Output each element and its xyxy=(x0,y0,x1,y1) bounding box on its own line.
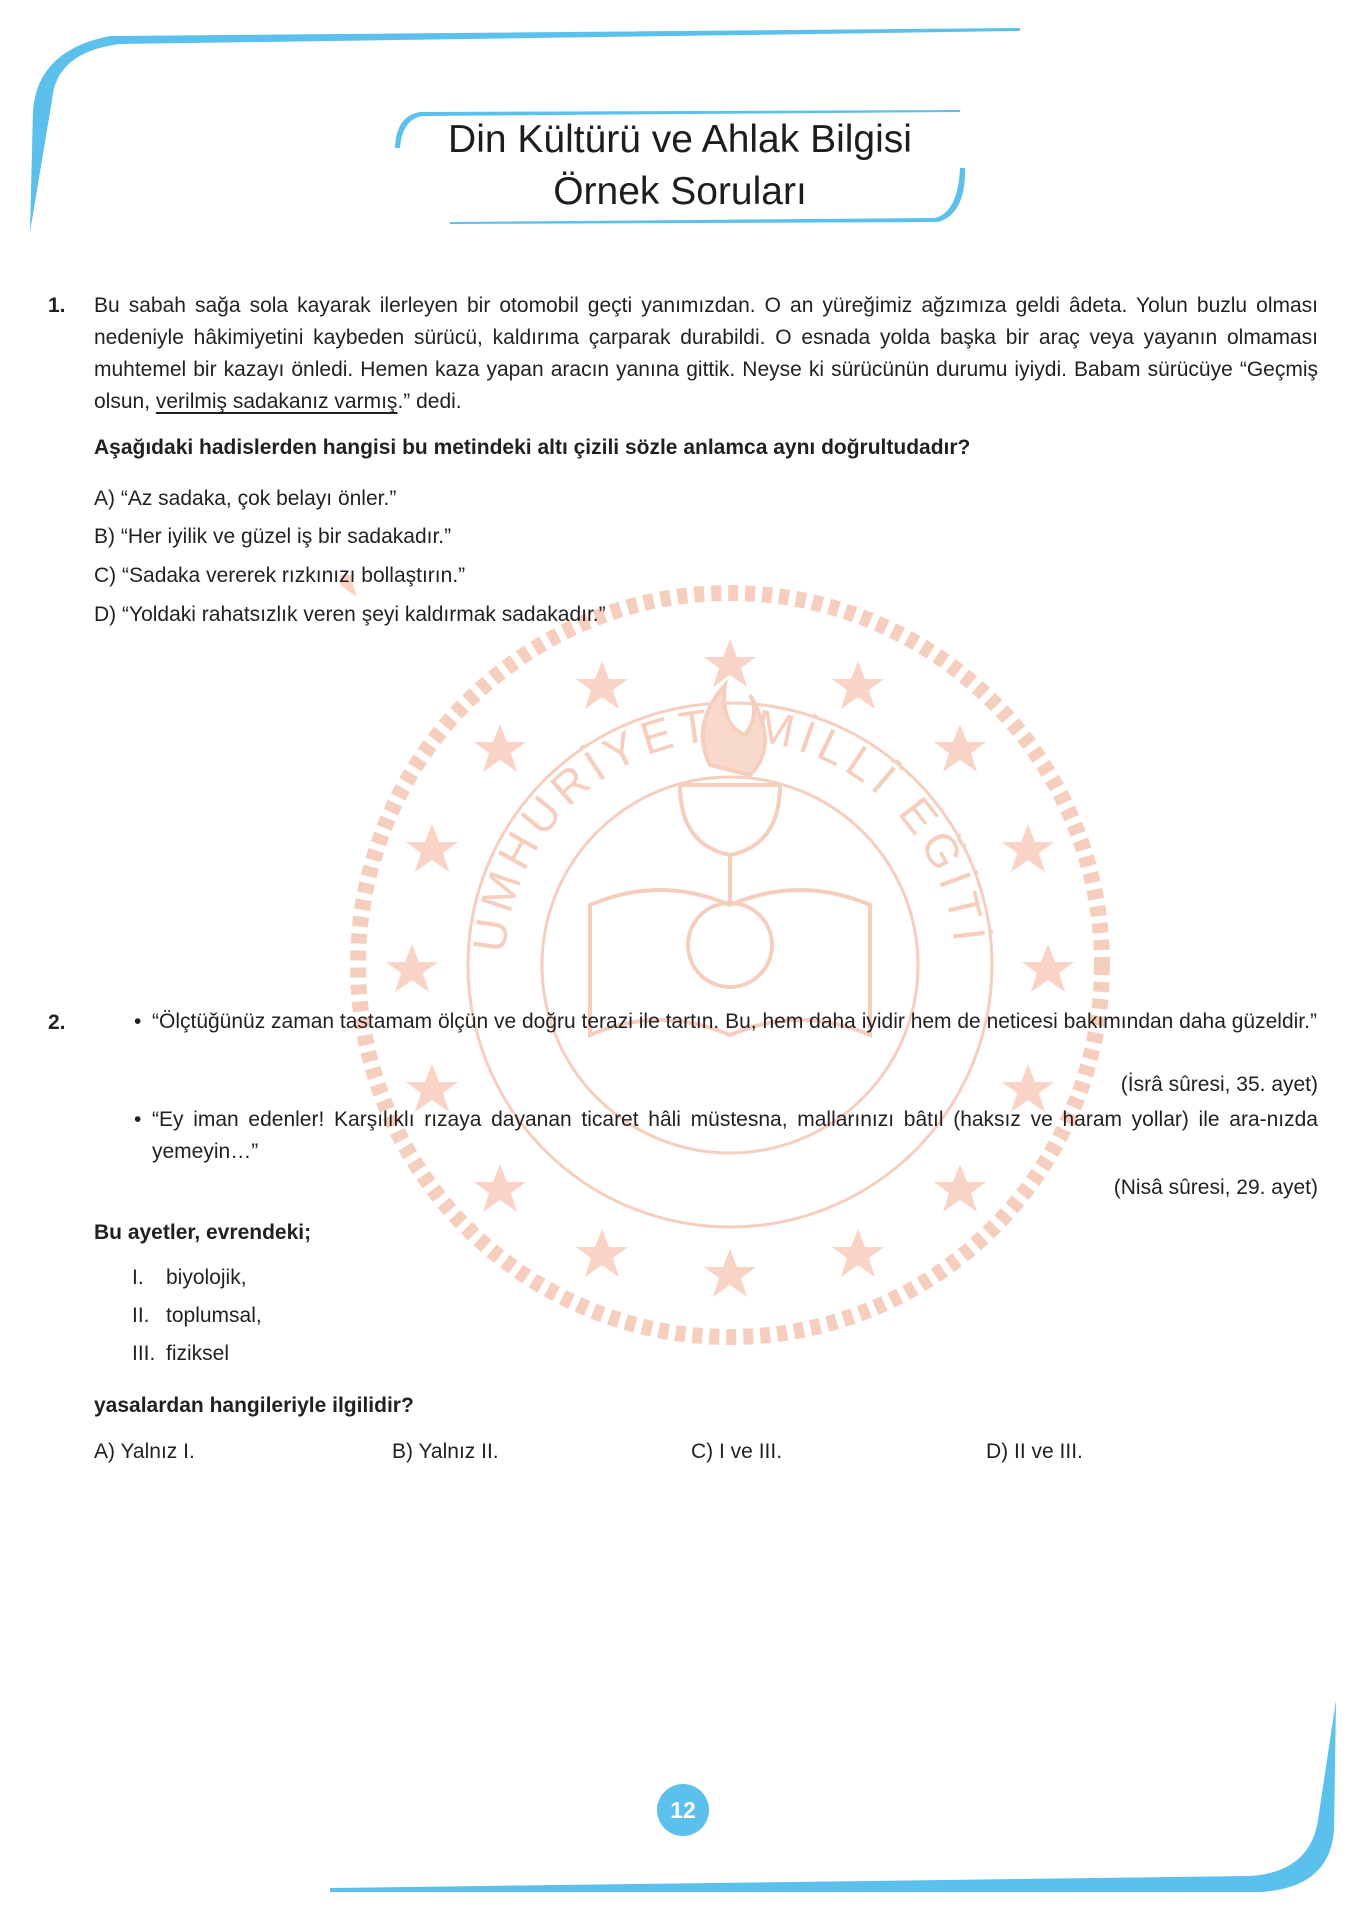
item-text: fiziksel xyxy=(166,1342,229,1365)
option-text: “Her iyilik ve güzel iş bir sadakadır.” xyxy=(121,525,451,548)
option-text: Yalnız I. xyxy=(120,1440,194,1463)
option-label: C) xyxy=(94,564,116,587)
question-passage: Bu sabah sağa sola kayarak ilerleyen bir… xyxy=(94,290,1318,418)
answer-option-a[interactable]: A) Yalnız I. xyxy=(94,1440,195,1464)
quote-source: (Nisâ sûresi, 29. ayet) xyxy=(1114,1176,1318,1200)
page-subtitle: Örnek Soruları xyxy=(390,170,970,214)
item-i: I.biyolojik, xyxy=(132,1266,247,1290)
option-label: B) xyxy=(392,1440,413,1463)
answer-option-b[interactable]: B) “Her iyilik ve güzel iş bir sadakadır… xyxy=(94,525,451,549)
option-text: “Sadaka vererek rızkınızı bollaştırın.” xyxy=(122,564,465,587)
option-text: Yalnız II. xyxy=(418,1440,498,1463)
bullet-icon: • xyxy=(134,1104,141,1136)
page-header: Din Kültürü ve Ahlak Bilgisi Örnek Sorul… xyxy=(390,108,970,228)
meb-seal-icon: CUMHURİYETİ MİLLÎ EĞİTİM xyxy=(340,575,1120,1355)
question-stem-intro: Bu ayetler, evrendeki; xyxy=(94,1221,311,1245)
option-label: B) xyxy=(94,525,115,548)
quote-2: • “Ey iman edenler! Karşılıklı rızaya da… xyxy=(136,1104,1318,1168)
page-title: Din Kültürü ve Ahlak Bilgisi xyxy=(390,118,970,162)
option-label: D) xyxy=(986,1440,1008,1463)
answer-option-c[interactable]: C) “Sadaka vererek rızkınızı bollaştırın… xyxy=(94,564,465,588)
item-text: biyolojik, xyxy=(166,1266,247,1289)
bullet-icon: • xyxy=(134,1006,141,1038)
underlined-phrase: verilmiş sadakanız varmış xyxy=(156,390,398,413)
item-numeral: II. xyxy=(132,1304,166,1328)
option-label: D) xyxy=(94,603,116,626)
option-label: A) xyxy=(94,487,115,510)
answer-option-b[interactable]: B) Yalnız II. xyxy=(392,1440,499,1464)
answer-option-a[interactable]: A) “Az sadaka, çok belayı önler.” xyxy=(94,487,396,511)
question-stem: Aşağıdaki hadislerden hangisi bu metinde… xyxy=(94,436,970,460)
answer-option-c[interactable]: C) I ve III. xyxy=(691,1440,782,1464)
option-label: C) xyxy=(691,1440,713,1463)
quote-1: • “Ölçtüğünüz zaman tastamam ölçün ve do… xyxy=(136,1006,1318,1038)
item-iii: III.fiziksel xyxy=(132,1342,229,1366)
option-text: II ve III. xyxy=(1014,1440,1083,1463)
quote-text: “Ölçtüğünüz zaman tastamam ölçün ve doğr… xyxy=(136,1006,1318,1038)
option-text: I ve III. xyxy=(719,1440,782,1463)
option-text: “Az sadaka, çok belayı önler.” xyxy=(121,487,396,510)
item-numeral: I. xyxy=(132,1266,166,1290)
answer-option-d[interactable]: D) II ve III. xyxy=(986,1440,1083,1464)
item-numeral: III. xyxy=(132,1342,166,1366)
option-text: “Yoldaki rahatsızlık veren şeyi kaldırma… xyxy=(122,603,606,626)
answer-option-d[interactable]: D) “Yoldaki rahatsızlık veren şeyi kaldı… xyxy=(94,603,606,627)
svg-text:CUMHURİYETİ MİLLÎ EĞİTİM: CUMHURİYETİ MİLLÎ EĞİTİM xyxy=(340,575,996,955)
quote-source: (İsrâ sûresi, 35. ayet) xyxy=(1121,1073,1318,1097)
question-number: 1. xyxy=(48,294,66,318)
page-frame-decoration xyxy=(0,0,1358,1920)
item-text: toplumsal, xyxy=(166,1304,262,1327)
page-number-badge: 12 xyxy=(657,1784,709,1836)
option-label: A) xyxy=(94,1440,115,1463)
question-stem-end: yasalardan hangileriyle ilgilidir? xyxy=(94,1394,414,1418)
quote-text: “Ey iman edenler! Karşılıklı rızaya daya… xyxy=(136,1104,1318,1168)
passage-text-end: .” dedi. xyxy=(397,390,461,413)
item-ii: II.toplumsal, xyxy=(132,1304,262,1328)
question-number: 2. xyxy=(48,1011,66,1035)
